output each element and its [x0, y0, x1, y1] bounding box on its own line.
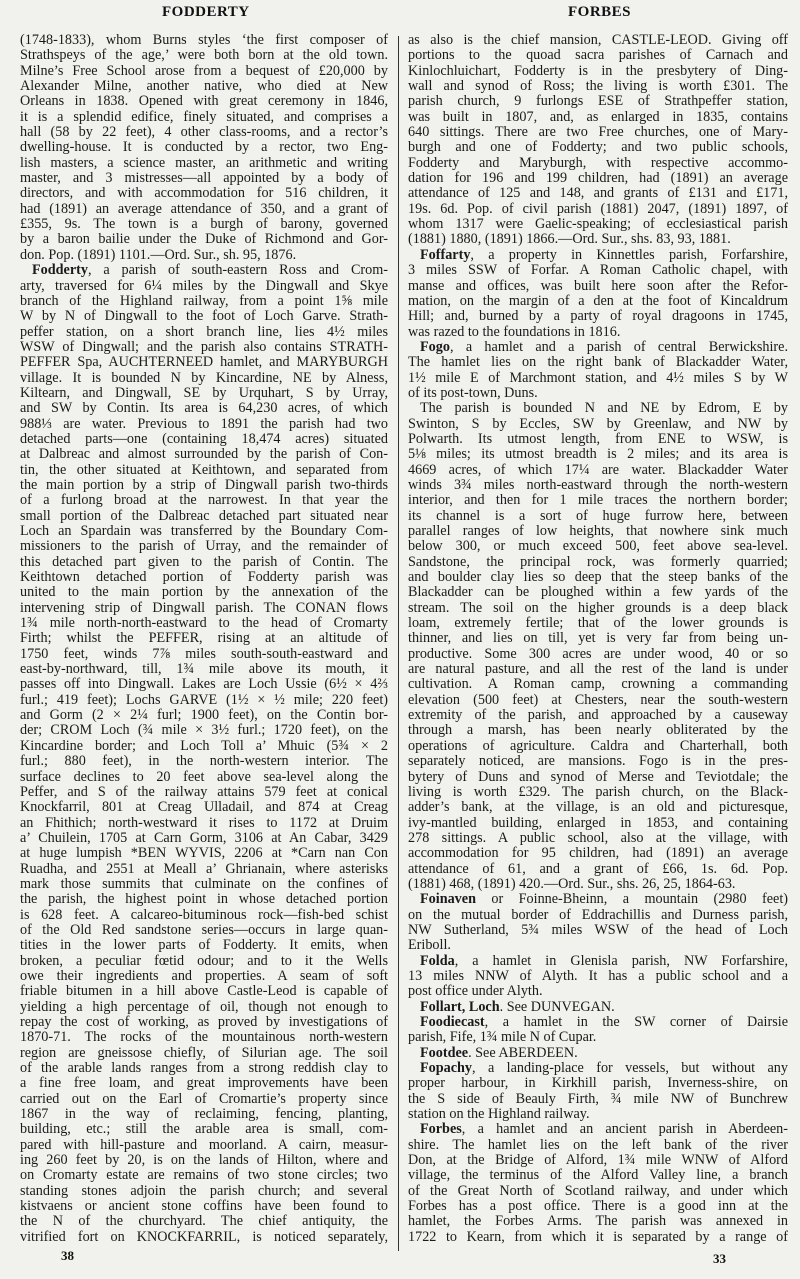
entry-headword: Foodiecast [420, 1015, 485, 1030]
text-line: Polwarth. Its utmost length, from ENE to… [408, 432, 788, 447]
line-text: winds 3¾ miles north-eastward through th… [408, 478, 788, 493]
text-line: friable bitumen in a hill above Castle-L… [20, 984, 388, 999]
line-text: separately noticed, are mansions. Fogo i… [408, 754, 788, 769]
line-text: W by N of Dingwall to the foot of Loch G… [20, 309, 388, 324]
text-line: living is worth £329. The parish church,… [408, 785, 788, 800]
text-line: detached parts—one (containing 18,474 ac… [20, 432, 388, 447]
line-text: below 300, or much exceed 500, feet abov… [408, 539, 788, 554]
line-text: Hill; and, burned by a party of royal dr… [408, 309, 788, 324]
text-line: (1881) 468, (1891) 420.—Ord. Sur., shs. … [408, 877, 788, 892]
text-line: tin, the other situated at Keithtown, an… [20, 463, 388, 478]
line-text: region are gneissose chiefly, of Siluria… [20, 1046, 388, 1061]
text-line: master, and 3 mistresses—all appointed b… [20, 171, 388, 186]
line-text: the parish, the highest point in whose d… [20, 892, 388, 907]
text-line: village, the terminus of the Alford Vall… [408, 1168, 788, 1183]
line-text: an Fhithich; north-westward it rises to … [20, 816, 388, 831]
line-text: and boulder clay lies so deep that the s… [408, 570, 788, 585]
text-line: PEFFER Spa, AUCHTERNEED hamlet, and MARY… [20, 355, 388, 370]
line-text: Peffer, and S of the railway attains 579… [20, 785, 388, 800]
line-text: furl.; 419 feet); Lochs GARVE (1½ × ½ mi… [20, 693, 388, 708]
text-line: £355, 9s. The town is a burgh of barony,… [20, 217, 388, 232]
text-line: NW Sutherland, 5¾ miles WSW of the head … [408, 923, 788, 938]
line-text: on Cromarty estate are remains of two st… [20, 1168, 388, 1183]
text-line: attendance of 125 and 148, and grants of… [408, 186, 788, 201]
line-text: are natural pasture, and all the rest of… [408, 662, 788, 677]
line-text: parish, Fife, 1¾ mile N of Cupar. [408, 1030, 596, 1045]
line-text: 19s. 6d. Pop. of civil parish (1881) 204… [408, 202, 788, 217]
text-line: intervening strip of Dingwall parish. Th… [20, 601, 388, 616]
text-line: W by N of Dingwall to the foot of Loch G… [20, 309, 388, 324]
text-line: carried out on the Earl of Cromartie’s p… [20, 1092, 388, 1107]
line-text: . See ABERDEEN. [468, 1046, 578, 1061]
line-text: 1722 to Kearn, from which it is separate… [408, 1230, 788, 1245]
text-line: 5⅛ miles; its utmost breadth is 2 miles;… [408, 447, 788, 462]
page-number-right: 33 [713, 1251, 726, 1267]
line-text: kistvaens or ancient stone coffins have … [20, 1199, 388, 1214]
line-text: 1867 in the way of reclaiming, fencing, … [20, 1107, 388, 1122]
line-text: The hamlet lies on the right bank of Bla… [408, 355, 788, 370]
line-text: shire. The hamlet lies on the left bank … [408, 1138, 788, 1153]
line-text: lish masters, a science master, an arith… [20, 156, 388, 171]
line-text: small portion of the Dalbreac detached p… [20, 509, 388, 524]
line-text: 1870-71. The rocks of the mountainous no… [20, 1030, 388, 1045]
text-line: are natural pasture, and all the rest of… [408, 662, 788, 677]
line-text: mation, on the margin of a den at the fo… [408, 294, 788, 309]
line-text: , a parish of south-eastern Ross and Cro… [88, 263, 388, 278]
line-text: hall (58 by 22 feet), 4 other class-room… [20, 125, 388, 140]
line-text: extremity of the parish, and approached … [408, 708, 788, 723]
line-text: 278 sittings. A public school, also at t… [408, 831, 788, 846]
line-text: der; CROM Loch (¾ mile × 3½ furl.; 1720 … [20, 723, 388, 738]
text-line: 4669 acres, of which 17¼ are water. Blac… [408, 463, 788, 478]
entry-heading-line: Fopachy, a landing-place for vessels, bu… [408, 1061, 788, 1076]
entry-heading-line: Fogo, a hamlet and a parish of central B… [408, 340, 788, 355]
text-line: stream. The soil on the higher grounds i… [408, 601, 788, 616]
text-line: Strathspeys of the age,’ were both born … [20, 48, 388, 63]
line-text: and Gorm (2 × 2¼ furl; 1900 feet), on th… [20, 708, 388, 723]
line-text: wall and synod of Ross; the living is wo… [408, 79, 788, 94]
text-line: furl.; 419 feet); Lochs GARVE (1½ × ½ mi… [20, 693, 388, 708]
text-line: 1¾ mile north-north-eastward to the head… [20, 616, 388, 631]
line-text: £355, 9s. The town is a burgh of barony,… [20, 217, 388, 232]
line-text: (1748-1833), whom Burns styles ‘the firs… [20, 33, 388, 48]
text-line: repay the cost of working, as proved by … [20, 1015, 388, 1030]
line-text: loam, extremely fertile; that of the low… [408, 616, 788, 631]
entry-headword: Fopachy [420, 1061, 472, 1076]
line-text: its channel is a sort of huge furrow her… [408, 509, 788, 524]
text-line: Blackadder can be ploughed within a few … [408, 585, 788, 600]
line-text: yielding a high percentage of oil, thoug… [20, 1000, 388, 1015]
text-line: station on the Highland railway. [408, 1107, 788, 1122]
line-text: Alexander Milne, another native, who die… [20, 79, 388, 94]
line-text: friable bitumen in a hill above Castle-L… [20, 984, 388, 999]
text-line: productive. Some 300 acres are under woo… [408, 647, 788, 662]
text-line: Fodderty and Maryburgh, with respective … [408, 156, 788, 171]
text-line: dation for 196 and 199 children, had (18… [408, 171, 788, 186]
line-text: 1¾ mile north-north-eastward to the head… [20, 616, 388, 631]
line-text: post office under Alyth. [408, 984, 543, 999]
line-text: hamlet, the Forbes Arms. The parish was … [408, 1214, 788, 1229]
text-line: Forbes has a post office. There is a goo… [408, 1199, 788, 1214]
line-text: at Dalbreac and almost surrounded by the… [20, 447, 388, 462]
text-line: hamlet, the Forbes Arms. The parish was … [408, 1214, 788, 1229]
entry-headword: Fodderty [32, 263, 88, 278]
line-text: elevation (500 feet) at Chesters, near t… [408, 693, 788, 708]
line-text: branch of the Highland railway, from a p… [20, 294, 388, 309]
text-line: The parish is bounded N and NE by Edrom,… [408, 401, 788, 416]
text-line: adder’s bank, at the village, is an old … [408, 800, 788, 815]
text-line: proper harbour, in Kirkhill parish, Inve… [408, 1076, 788, 1091]
text-line: (1748-1833), whom Burns styles ‘the firs… [20, 33, 388, 48]
text-line: small portion of the Dalbreac detached p… [20, 509, 388, 524]
line-text: ivy-mantled building, enlarged in 1853, … [408, 816, 788, 831]
text-line: shire. The hamlet lies on the left bank … [408, 1138, 788, 1153]
text-line: and SW by Contin. Its area is 64,230 acr… [20, 401, 388, 416]
entry-headword: Footdee [420, 1046, 468, 1061]
line-text: village, the terminus of the Alford Vall… [408, 1168, 788, 1183]
line-text: surface declines to 20 feet above sea-le… [20, 770, 388, 785]
line-text: missioners to the parish of Urray, and t… [20, 539, 388, 554]
line-text: pared with hill-pasture and moorland. A … [20, 1138, 388, 1153]
line-text: Don, at the Bridge of Alford, 1¾ mile WN… [408, 1153, 788, 1168]
line-text: NW Sutherland, 5¾ miles WSW of the head … [408, 923, 788, 938]
text-line: Swinton, S by Eccles, SW by Greenlaw, an… [408, 417, 788, 432]
text-line: of its post-town, Duns. [408, 386, 788, 401]
entry-heading-line: Folda, a hamlet in Glenisla parish, NW F… [408, 954, 788, 969]
text-line: the main portion by a strip of Dingwall … [20, 478, 388, 493]
text-line: 1870-71. The rocks of the mountainous no… [20, 1030, 388, 1045]
entry-headword: Forbes [420, 1122, 462, 1137]
line-text: of the Great North of Scotland railway, … [408, 1184, 788, 1199]
text-line: 3 miles SSW of Forfar. A Roman Catholic … [408, 263, 788, 278]
text-line: Sandstone, the principal rock, was forme… [408, 555, 788, 570]
text-line: branch of the Highland railway, from a p… [20, 294, 388, 309]
gazetteer-spread: FODDERTY FORBES (1748-1833), whom Burns … [0, 0, 800, 1279]
text-line: the parish, the highest point in whose d… [20, 892, 388, 907]
text-line: furl.; 880 feet), in the north-western i… [20, 754, 388, 769]
text-line: was built in 1807, and, as enlarged in 1… [408, 110, 788, 125]
text-line: its channel is a sort of huge furrow her… [408, 509, 788, 524]
left-column: (1748-1833), whom Burns styles ‘the firs… [20, 33, 388, 1245]
text-line: Eriboll. [408, 938, 788, 953]
line-text: operations of agriculture. Caldra and Ch… [408, 739, 788, 754]
text-line: ing 260 feet by 20, is on the lands of H… [20, 1153, 388, 1168]
text-line: 1½ mile E of Marchmont station, and 4½ m… [408, 371, 788, 386]
line-text: Fodderty and Maryburgh, with respective … [408, 156, 788, 171]
text-line: village. It is bounded N by Kincardine, … [20, 371, 388, 386]
line-text: and SW by Contin. Its area is 64,230 acr… [20, 401, 388, 416]
line-text: 1750 feet, winds 7⅞ miles south-south-ea… [20, 647, 388, 662]
text-line: WSW of Dingwall; and the parish also con… [20, 340, 388, 355]
line-text: intervening strip of Dingwall parish. Th… [20, 601, 388, 616]
line-text: Keithtown detached portion of Fodderty p… [20, 570, 388, 585]
line-text: PEFFER Spa, AUCHTERNEED hamlet, and MARY… [20, 355, 388, 370]
text-line: post office under Alyth. [408, 984, 788, 999]
text-line: yielding a high percentage of oil, thoug… [20, 1000, 388, 1015]
line-text: 988⅓ are water. Previous to 1891 the par… [20, 417, 388, 432]
entry-headword: Follart, Loch [420, 1000, 500, 1015]
line-text: by a baron bailie under the Duke of Rich… [20, 232, 388, 247]
text-line: east-by-northward, till, 1¾ mile above i… [20, 662, 388, 677]
line-text: village. It is bounded N by Kincardine, … [20, 371, 388, 386]
text-line: Loch an Spardain was transferred by the … [20, 524, 388, 539]
text-line: interior, and then for 1 mile traces the… [408, 493, 788, 508]
text-line: whom 1317 were Gaelic-speaking; of eccle… [408, 217, 788, 232]
text-line: Don, at the Bridge of Alford, 1¾ mile WN… [408, 1153, 788, 1168]
line-text: , a hamlet in Glenisla parish, NW Forfar… [455, 954, 788, 969]
text-line: (1881) 1880, (1891) 1866.—Ord. Sur., shs… [408, 232, 788, 247]
line-text: cultivation. A Roman camp, crowning a co… [408, 677, 788, 692]
line-text: tities in the lower parts of Fodderty. I… [20, 938, 388, 953]
line-text: ing 260 feet by 20, is on the lands of H… [20, 1153, 388, 1168]
text-line: dwelling-house. It is conducted by a rec… [20, 140, 388, 155]
text-line: Ruadha, and 2551 at Meall a’ Ghrianain, … [20, 862, 388, 877]
line-text: was built in 1807, and, as enlarged in 1… [408, 110, 788, 125]
entry-heading-line: Foinaven or Foinne-Bheinn, a mountain (2… [408, 892, 788, 907]
line-text: parallel ranges of low heights, that now… [408, 524, 788, 539]
text-line: building, etc.; still the arable area is… [20, 1122, 388, 1137]
text-line: mation, on the margin of a den at the fo… [408, 294, 788, 309]
text-line: parish, Fife, 1¾ mile N of Cupar. [408, 1030, 788, 1045]
line-text: 5⅛ miles; its utmost breadth is 2 miles;… [408, 447, 788, 462]
text-line: had (1891) an average attendance of 350,… [20, 202, 388, 217]
line-text: accommodation for 95 children, had (1891… [408, 846, 788, 861]
text-line: Kincardine border; and Loch Toll a’ Mhui… [20, 739, 388, 754]
line-text: , a hamlet and an ancient parish in Aber… [462, 1122, 788, 1137]
line-text: of the Old Red sandstone series—occurs i… [20, 923, 388, 938]
text-line: missioners to the parish of Urray, and t… [20, 539, 388, 554]
text-line: the N of the churchyard. The chief antiq… [20, 1214, 388, 1229]
text-line: parallel ranges of low heights, that now… [408, 524, 788, 539]
text-line: passes off into Dingwall. Lakes are Loch… [20, 677, 388, 692]
line-text: Knockfarril, 801 at Creag Ulladail, and … [20, 800, 388, 815]
line-text: attendance of 125 and 148, and grants of… [408, 186, 788, 201]
line-text: portions to the quoad sacra parishes of … [408, 48, 788, 63]
text-line: vitrified fort on KNOCKFARRIL, is notice… [20, 1230, 388, 1245]
text-line: below 300, or much exceed 500, feet abov… [408, 539, 788, 554]
line-text: attendance of 61, and a grant of £66, 1s… [408, 862, 788, 877]
text-line: accommodation for 95 children, had (1891… [408, 846, 788, 861]
line-text: proper harbour, in Kirkhill parish, Inve… [408, 1076, 788, 1091]
line-text: burgh and one of Fodderty; and two publi… [408, 140, 788, 155]
line-text: vitrified fort on KNOCKFARRIL, is notice… [20, 1230, 388, 1245]
text-line: Kiltearn, and Dingwall, SE by Urquhart, … [20, 386, 388, 401]
entry-heading-line: Footdee. See ABERDEEN. [408, 1046, 788, 1061]
text-line: lish masters, a science master, an arith… [20, 156, 388, 171]
text-line: manse and offices, was built here soon a… [408, 279, 788, 294]
column-divider [398, 36, 399, 1251]
line-text: the N of the churchyard. The chief antiq… [20, 1214, 388, 1229]
line-text: . See DUNVEGAN. [500, 1000, 615, 1015]
line-text: whom 1317 were Gaelic-speaking; of eccle… [408, 217, 788, 232]
line-text: of a furlong broad at the narrowest. In … [20, 493, 388, 508]
text-line: hall (58 by 22 feet), 4 other class-room… [20, 125, 388, 140]
text-line: Firth; whilst the PEFFER, rising at an a… [20, 631, 388, 646]
text-line: cultivation. A Roman camp, crowning a co… [408, 677, 788, 692]
text-line: broken, a peculiar fœtid odour; and to i… [20, 954, 388, 969]
text-line: arty, traversed for 6¼ miles by the Ding… [20, 279, 388, 294]
line-text: carried out on the Earl of Cromartie’s p… [20, 1092, 388, 1107]
line-text: master, and 3 mistresses—all appointed b… [20, 171, 388, 186]
line-text: living is worth £329. The parish church,… [408, 785, 788, 800]
text-line: of the arable lands ranges from a strong… [20, 1061, 388, 1076]
line-text: , a hamlet in the SW corner of Dairsie [485, 1015, 788, 1030]
running-head-right: FORBES [568, 4, 631, 21]
text-line: on the mutual border of Eddrachillis and… [408, 908, 788, 923]
line-text: furl.; 880 feet), in the north-western i… [20, 754, 388, 769]
line-text: Firth; whilst the PEFFER, rising at an a… [20, 631, 388, 646]
text-line: it is a splendid edifice, finely situate… [20, 110, 388, 125]
text-line: an Fhithich; north-westward it rises to … [20, 816, 388, 831]
line-text: Orleans in 1838. Opened with great cerem… [20, 94, 388, 109]
entry-headword: Folda [420, 954, 455, 969]
text-line: tities in the lower parts of Fodderty. I… [20, 938, 388, 953]
line-text: Loch an Spardain was transferred by the … [20, 524, 388, 539]
text-line: der; CROM Loch (¾ mile × 3½ furl.; 1720 … [20, 723, 388, 738]
text-line: 1722 to Kearn, from which it is separate… [408, 1230, 788, 1245]
line-text: a fine free loam, and great improvements… [20, 1076, 388, 1091]
text-line: loam, extremely fertile; that of the low… [408, 616, 788, 631]
line-text: Ruadha, and 2551 at Meall a’ Ghrianain, … [20, 862, 388, 877]
running-head-left: FODDERTY [162, 4, 250, 21]
line-text: was razed to the foundations in 1816. [408, 325, 620, 340]
entry-heading-line: Foffarty, a property in Kinnettles paris… [408, 248, 788, 263]
text-line: a fine free loam, and great improvements… [20, 1076, 388, 1091]
text-line: and boulder clay lies so deep that the s… [408, 570, 788, 585]
line-text: , a property in Kinnettles parish, Forfa… [470, 248, 788, 263]
line-text: adder’s bank, at the village, is an old … [408, 800, 788, 815]
page-number-left: 38 [61, 1248, 74, 1264]
line-text: (1881) 468, (1891) 420.—Ord. Sur., shs. … [408, 877, 735, 892]
text-line: bytery of Duns and synod of Merse and Te… [408, 770, 788, 785]
text-line: portions to the quoad sacra parishes of … [408, 48, 788, 63]
text-line: through a marsh, has been nearly obliter… [408, 723, 788, 738]
line-text: interior, and then for 1 mile traces the… [408, 493, 788, 508]
line-text: Eriboll. [408, 938, 451, 953]
line-text: don. Pop. (1891) 1101.—Ord. Sur., sh. 95… [20, 248, 296, 263]
text-line: 1867 in the way of reclaiming, fencing, … [20, 1107, 388, 1122]
line-text: a’ Chuilein, 1705 at Carn Gorm, 3106 at … [20, 831, 388, 846]
line-text: productive. Some 300 acres are under woo… [408, 647, 788, 662]
text-line: Knockfarril, 801 at Creag Ulladail, and … [20, 800, 388, 815]
text-line: Kinlochluichart, Fodderty is in the pres… [408, 64, 788, 79]
entry-heading-line: Fodderty, a parish of south-eastern Ross… [20, 263, 388, 278]
line-text: tin, the other situated at Keithtown, an… [20, 463, 388, 478]
text-line: of the Old Red sandstone series—occurs i… [20, 923, 388, 938]
line-text: arty, traversed for 6¼ miles by the Ding… [20, 279, 388, 294]
text-line: directors, and with accommodation for 51… [20, 186, 388, 201]
line-text: , a landing-place for vessels, but witho… [472, 1061, 788, 1076]
text-line: parish church, 9 furlongs ESE of Strathp… [408, 94, 788, 109]
line-text: Kinlochluichart, Fodderty is in the pres… [408, 64, 788, 79]
line-text: as also is the chief mansion, CASTLE-LEO… [408, 33, 788, 48]
line-text: it is a splendid edifice, finely situate… [20, 110, 388, 125]
text-line: owe their ingredients and properties. A … [20, 969, 388, 984]
text-line: Keithtown detached portion of Fodderty p… [20, 570, 388, 585]
line-text: east-by-northward, till, 1¾ mile above i… [20, 662, 388, 677]
text-line: 640 sittings. There are two Free churche… [408, 125, 788, 140]
text-line: Orleans in 1838. Opened with great cerem… [20, 94, 388, 109]
line-text: Kincardine border; and Loch Toll a’ Mhui… [20, 739, 388, 754]
line-text: Strathspeys of the age,’ were both born … [20, 48, 388, 63]
line-text: through a marsh, has been nearly obliter… [408, 723, 788, 738]
line-text: station on the Highland railway. [408, 1107, 590, 1122]
line-text: repay the cost of working, as proved by … [20, 1015, 388, 1030]
line-text: of its post-town, Duns. [408, 386, 538, 401]
text-line: mark those summits that culminate on the… [20, 877, 388, 892]
text-line: thinner, and lies on till, yet is very f… [408, 631, 788, 646]
text-line: operations of agriculture. Caldra and Ch… [408, 739, 788, 754]
text-line: this detached part given to the parish o… [20, 555, 388, 570]
text-line: peffer station, on a short branch line, … [20, 325, 388, 340]
line-text: 13 miles NNW of Alyth. It has a public s… [408, 969, 788, 984]
text-line: on Cromarty estate are remains of two st… [20, 1168, 388, 1183]
line-text: broken, a peculiar fœtid odour; and to i… [20, 954, 388, 969]
text-line: pared with hill-pasture and moorland. A … [20, 1138, 388, 1153]
text-line: 13 miles NNW of Alyth. It has a public s… [408, 969, 788, 984]
text-line: as also is the chief mansion, CASTLE-LEO… [408, 33, 788, 48]
text-line: at Dalbreac and almost surrounded by the… [20, 447, 388, 462]
line-text: standing stones adjoin the parish church… [20, 1184, 388, 1199]
text-line: The hamlet lies on the right bank of Bla… [408, 355, 788, 370]
line-text: mark those summits that culminate on the… [20, 877, 388, 892]
line-text: Polwarth. Its utmost length, from ENE to… [408, 432, 788, 447]
text-line: Alexander Milne, another native, who die… [20, 79, 388, 94]
entry-headword: Foffarty [420, 248, 470, 263]
text-line: surface declines to 20 feet above sea-le… [20, 770, 388, 785]
entry-heading-line: Forbes, a hamlet and an ancient parish i… [408, 1122, 788, 1137]
text-line: at huge lumpish *BEN WYVIS, 2206 at *Car… [20, 846, 388, 861]
text-line: is 628 feet. A calcareo-bituminous rock—… [20, 908, 388, 923]
line-text: owe their ingredients and properties. A … [20, 969, 388, 984]
text-line: Hill; and, burned by a party of royal dr… [408, 309, 788, 324]
text-line: burgh and one of Fodderty; and two publi… [408, 140, 788, 155]
text-line: wall and synod of Ross; the living is wo… [408, 79, 788, 94]
text-line: Milne’s Free School arose from a bequest… [20, 64, 388, 79]
line-text: the main portion by a strip of Dingwall … [20, 478, 388, 493]
line-text: detached parts—one (containing 18,474 ac… [20, 432, 388, 447]
line-text: Milne’s Free School arose from a bequest… [20, 64, 388, 79]
text-line: the S side of Beauly Firth, ¾ mile NW of… [408, 1092, 788, 1107]
text-line: extremity of the parish, and approached … [408, 708, 788, 723]
line-text: 640 sittings. There are two Free churche… [408, 125, 788, 140]
line-text: stream. The soil on the higher grounds i… [408, 601, 788, 616]
text-line: a’ Chuilein, 1705 at Carn Gorm, 3106 at … [20, 831, 388, 846]
line-text: dation for 196 and 199 children, had (18… [408, 171, 788, 186]
entry-headword: Fogo [420, 340, 450, 355]
line-text: or Foinne-Bheinn, a mountain (2980 feet) [476, 892, 788, 907]
line-text: peffer station, on a short branch line, … [20, 325, 388, 340]
line-text: the S side of Beauly Firth, ¾ mile NW of… [408, 1092, 788, 1107]
text-line: standing stones adjoin the parish church… [20, 1184, 388, 1199]
text-line: separately noticed, are mansions. Fogo i… [408, 754, 788, 769]
line-text: Blackadder can be ploughed within a few … [408, 585, 788, 600]
text-line: of the Great North of Scotland railway, … [408, 1184, 788, 1199]
text-line: Peffer, and S of the railway attains 579… [20, 785, 388, 800]
entry-heading-line: Foodiecast, a hamlet in the SW corner of… [408, 1015, 788, 1030]
line-text: this detached part given to the parish o… [20, 555, 388, 570]
line-text: dwelling-house. It is conducted by a rec… [20, 140, 388, 155]
text-line: 988⅓ are water. Previous to 1891 the par… [20, 417, 388, 432]
line-text: parish church, 9 furlongs ESE of Strathp… [408, 94, 788, 109]
line-text: on the mutual border of Eddrachillis and… [408, 908, 788, 923]
entry-heading-line: Follart, Loch. See DUNVEGAN. [408, 1000, 788, 1015]
text-line: region are gneissose chiefly, of Siluria… [20, 1046, 388, 1061]
text-line: 278 sittings. A public school, also at t… [408, 831, 788, 846]
line-text: 1½ mile E of Marchmont station, and 4½ m… [408, 371, 788, 386]
line-text: is 628 feet. A calcareo-bituminous rock—… [20, 908, 388, 923]
line-text: had (1891) an average attendance of 350,… [20, 202, 388, 217]
